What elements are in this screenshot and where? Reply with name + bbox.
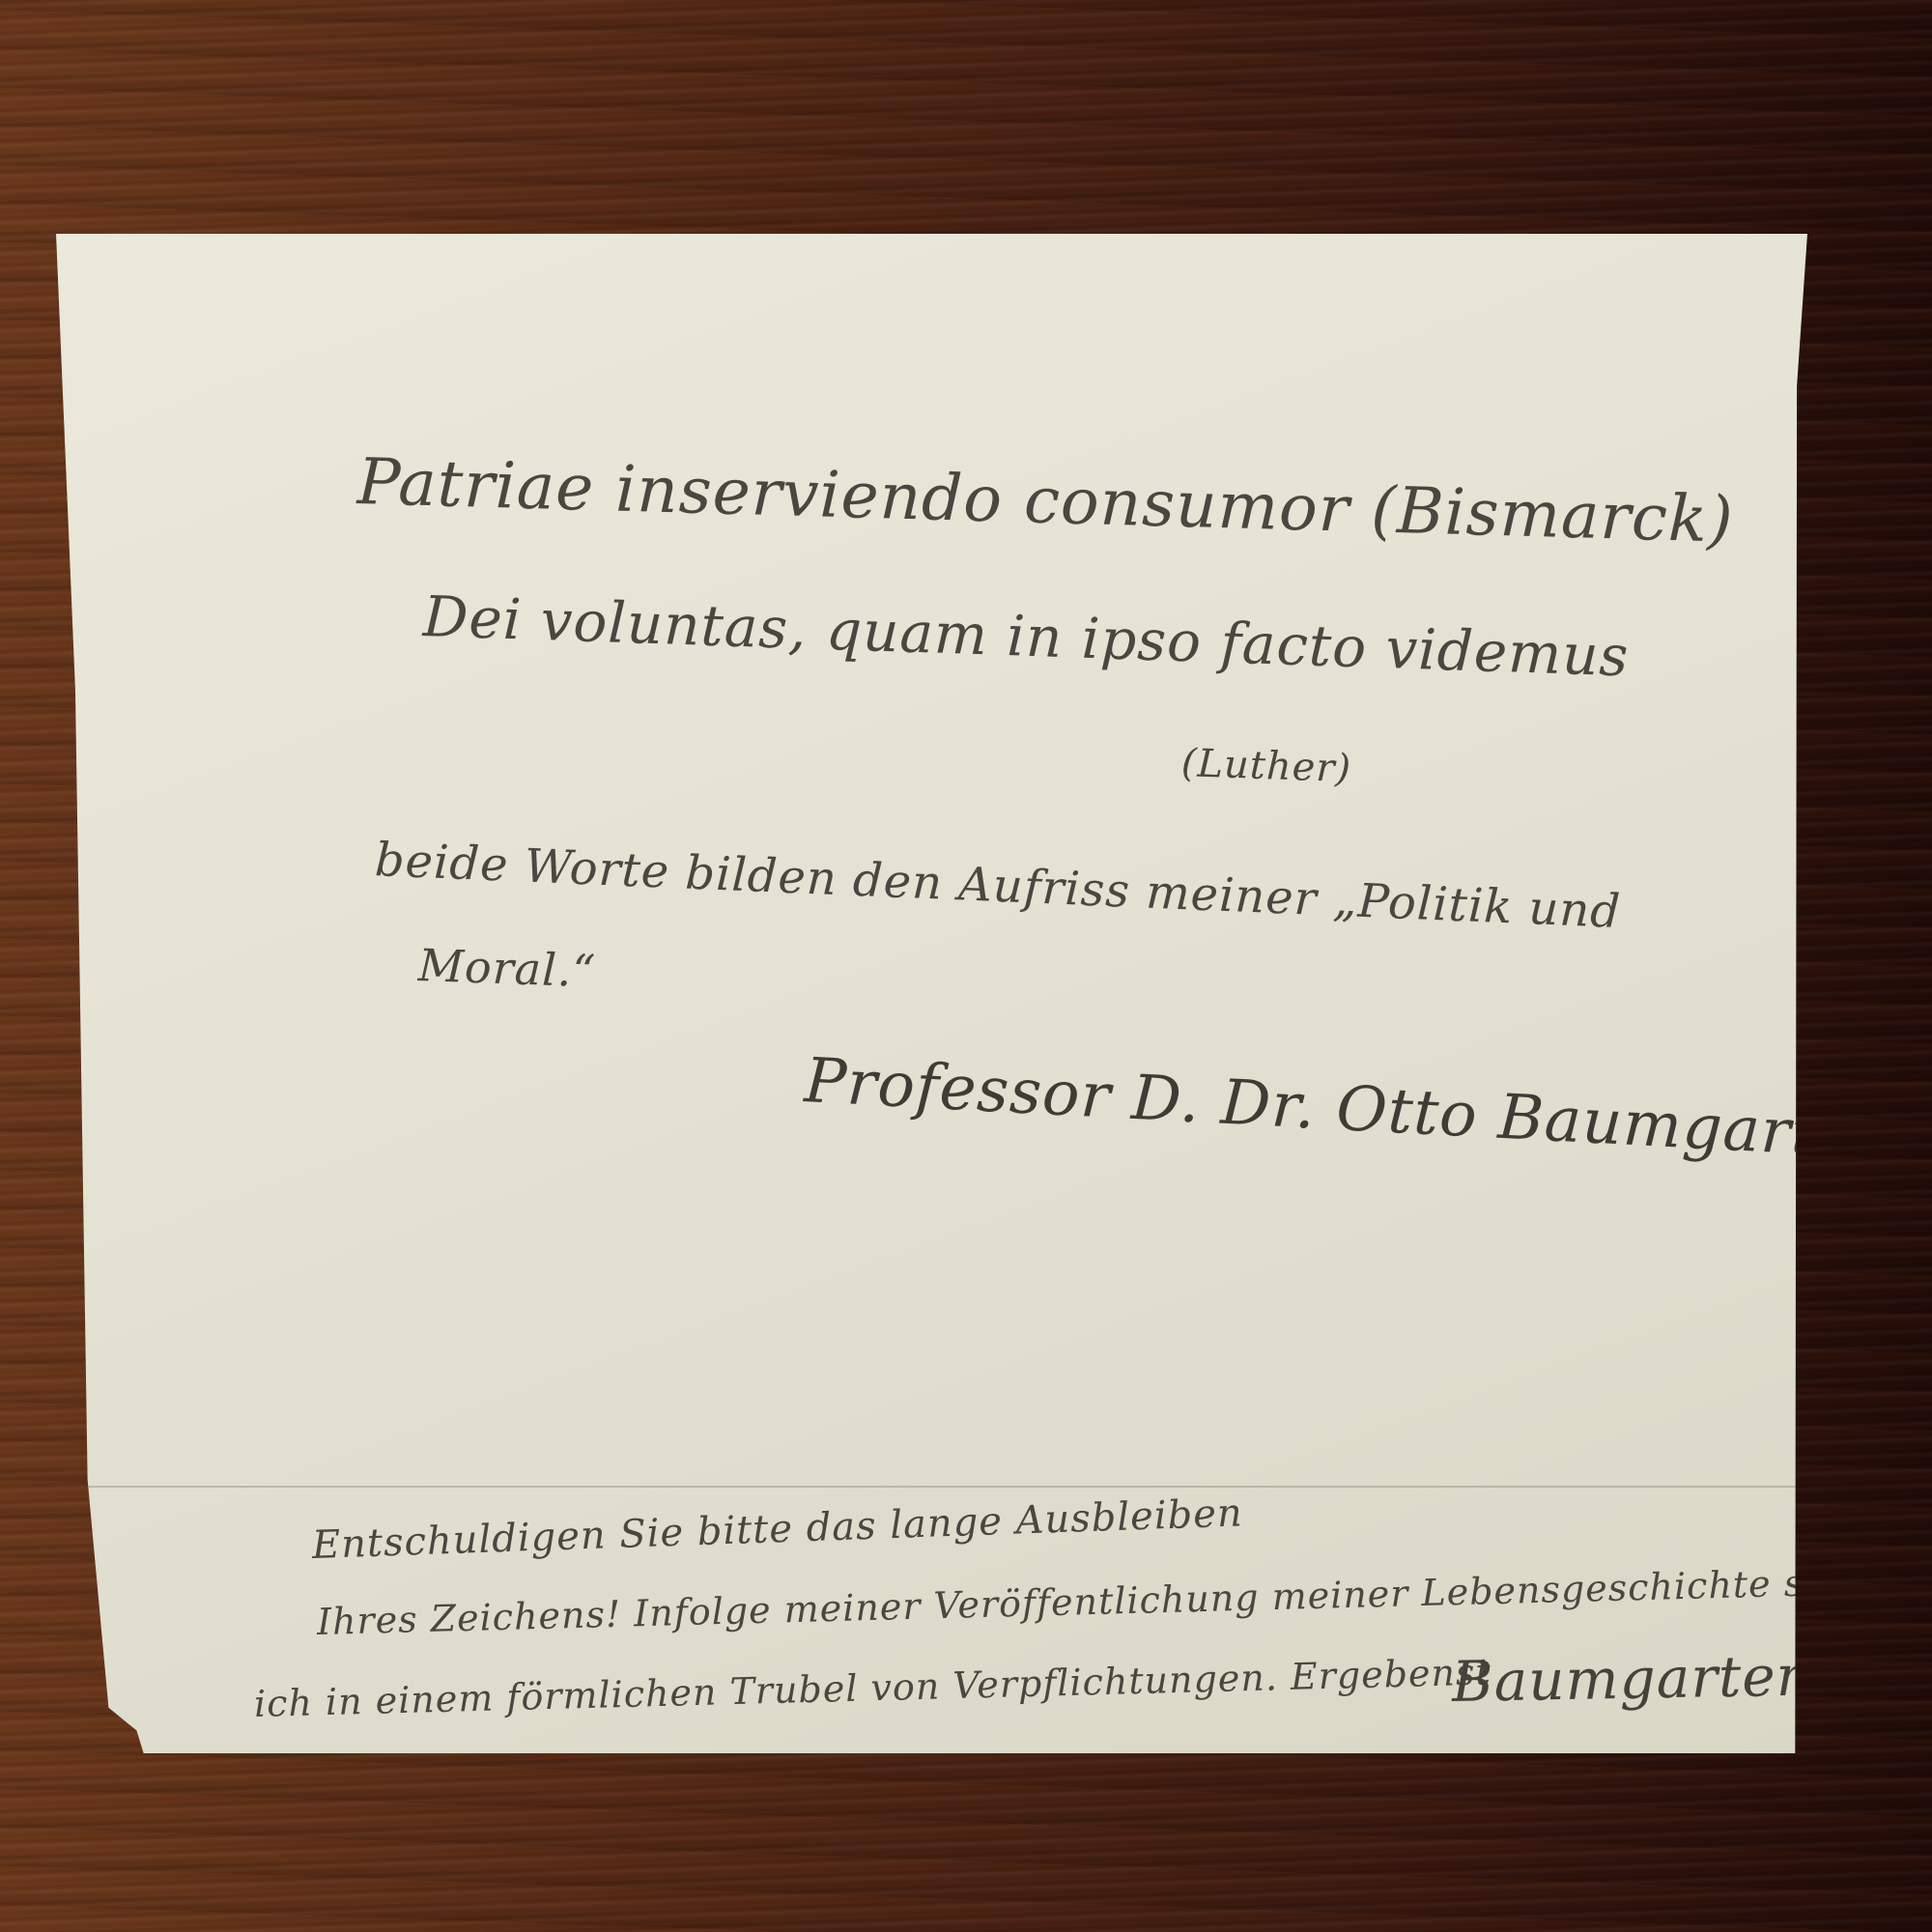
fold-line xyxy=(56,1486,1807,1488)
footer-note-line-3: ich in einem förmlichen Trubel von Verpf… xyxy=(253,1650,1492,1725)
commentary-line-2: Moral.“ xyxy=(417,939,597,997)
footer-note-line-2: Ihres Zeichens! Infolge meiner Veröffent… xyxy=(316,1559,1910,1643)
footer-note-line-1: Entschuldigen Sie bitte das lange Ausble… xyxy=(311,1491,1243,1568)
footer-signature: Baumgarten xyxy=(1451,1642,1813,1715)
quote-luther-attribution: (Luther) xyxy=(1180,741,1352,791)
commentary-line-1: beide Worte bilden den Aufriss meiner „P… xyxy=(374,833,1622,939)
main-signature: Professor D. Dr. Otto Baumgarten xyxy=(803,1045,1897,1174)
letter-paper: Patriae inserviendo consumor (Bismarck) … xyxy=(56,234,1807,1753)
quote-bismarck: Patriae inserviendo consumor (Bismarck) xyxy=(356,444,1735,557)
quote-luther: Dei voluntas, quam in ipso facto videmus xyxy=(422,583,1631,689)
